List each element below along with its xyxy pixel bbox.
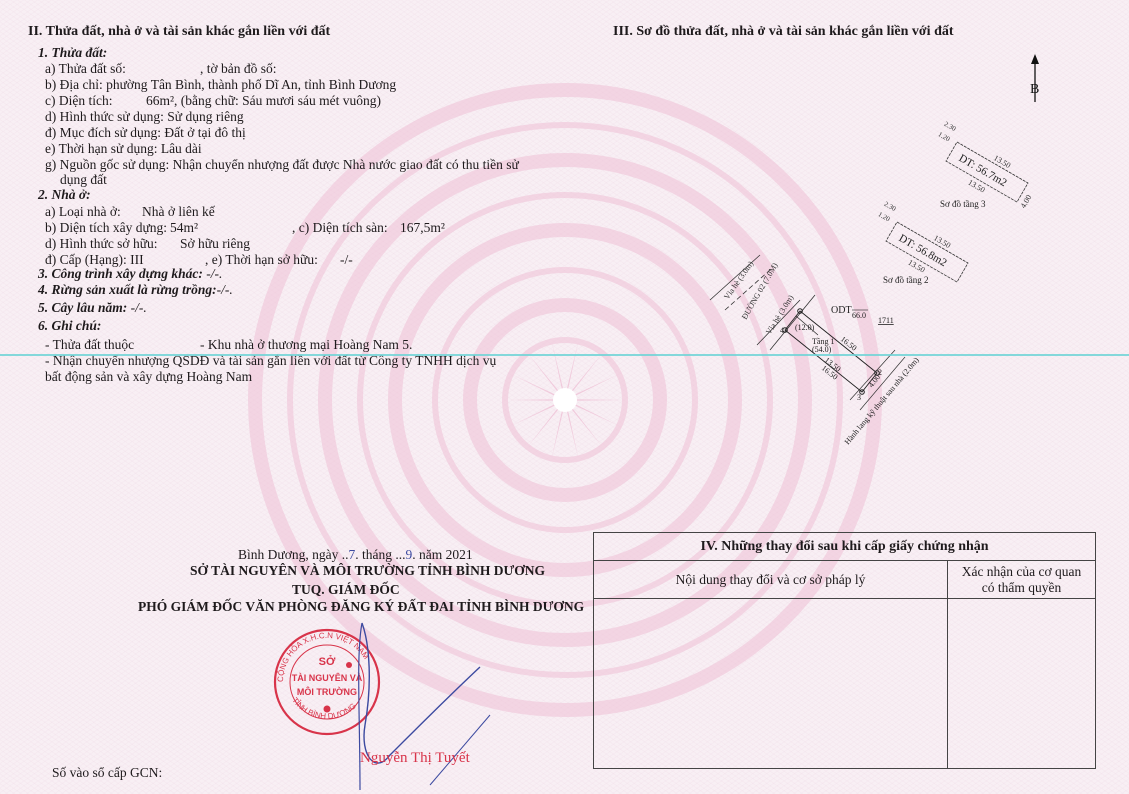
floor3-label: Sơ đồ tầng 3: [940, 199, 986, 209]
floor2-label: Sơ đồ tầng 2: [883, 275, 929, 285]
svg-text:13.50: 13.50: [966, 178, 986, 195]
col-authority-confirmation: Xác nhận của cơ quancó thẩm quyền: [948, 561, 1096, 599]
signer-position: PHÓ GIÁM ĐỐC VĂN PHÒNG ĐĂNG KÝ ĐẤT ĐAI T…: [138, 599, 584, 615]
svg-text:Vỉa hè (3.0m): Vỉa hè (3.0m): [722, 259, 755, 301]
svg-text:13.50: 13.50: [906, 258, 926, 275]
svg-text:(12.0): (12.0): [795, 323, 815, 332]
svg-text:1711: 1711: [878, 316, 894, 325]
svg-text:2.30: 2.30: [943, 120, 958, 133]
svg-text:13.50: 13.50: [992, 153, 1012, 170]
svg-text:4: 4: [780, 326, 784, 335]
svg-text:2.30: 2.30: [883, 200, 898, 213]
svg-text:(54.0): (54.0): [812, 345, 832, 354]
register-number-label: Số vào sổ cấp GCN:: [52, 764, 162, 781]
issuing-org: SỞ TÀI NGUYÊN VÀ MÔI TRƯỜNG TỈNH BÌNH DƯ…: [190, 563, 545, 579]
scan-line-artifact: [0, 354, 1129, 356]
north-label: B: [1030, 82, 1039, 97]
change-content-cell: [594, 599, 948, 769]
section4-title: IV. Những thay đổi sau khi cấp giấy chứn…: [594, 533, 1096, 561]
sign-date: Bình Dương, ngày ..7. tháng ...9. năm 20…: [238, 546, 473, 563]
svg-text:66.0: 66.0: [852, 311, 866, 320]
signer-name: Nguyễn Thị Tuyết: [360, 750, 470, 767]
signature-scribble: [330, 615, 530, 794]
svg-text:2: 2: [878, 368, 882, 377]
svg-text:13.50: 13.50: [932, 233, 952, 250]
svg-text:ODT: ODT: [831, 305, 852, 316]
tuq-title: TUQ. GIÁM ĐỐC: [292, 582, 400, 598]
col-change-content: Nội dung thay đổi và cơ sở pháp lý: [594, 561, 948, 599]
svg-text:3: 3: [857, 393, 861, 402]
changes-table: IV. Những thay đổi sau khi cấp giấy chứn…: [593, 532, 1096, 769]
confirmation-cell: [948, 599, 1096, 769]
svg-text:1.20: 1.20: [937, 130, 952, 143]
svg-text:1.20: 1.20: [877, 210, 892, 223]
